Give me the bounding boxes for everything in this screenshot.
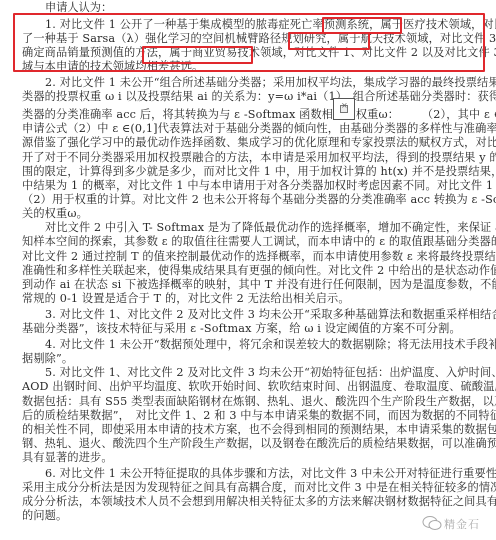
text-line: AOD 出钢时间、出炉平均温度、软吹开始时间、软吹结束时间、出钢温度、卷取温度、… bbox=[22, 380, 474, 394]
text-line: 钢、热轧、退火、酸洗四个生产阶段生产数据，以及钢卷在酸洗后的质检结果数据，可以准… bbox=[22, 437, 474, 451]
text-line: 成分分析法，本领域技术人员不会想到用解决相关特征太多的方法来解决钢材数据特征之间… bbox=[22, 495, 474, 509]
document-page: 申请人认为： 1. 对比文件 1 公开了一种基于集成模型的脓毒症死亡率预测系统，… bbox=[0, 0, 496, 540]
text-line: 源借鉴了强化学习中的最优动作选择函数、集成学习的优化原理和专家投票法的赋权方式，… bbox=[22, 136, 474, 150]
watermark: 精金石 bbox=[420, 513, 496, 535]
text-line: 数据包括：具有 S55 类型表面缺陷钢材在炼钢、热轧、退火、酸洗四个生产阶段生产… bbox=[22, 395, 474, 409]
text-line: 关的权重ω。 bbox=[22, 207, 474, 221]
text-line: （2）用于权重的计算。对比文件 2 也未公开将每个基础分类器的分类准确率 acc… bbox=[22, 193, 474, 207]
text-line: 类器的分类准确率 acc 后，将其转换为与 ε -Softmax 函数相关的权重… bbox=[22, 108, 474, 122]
text-line: 围的限定，计算得到多少就是多少，而对比文件 1 中，用于加权计算的 ht(x) … bbox=[22, 165, 474, 179]
text-line: 常规的 0-1 设置是适合于 T 的，对比文件 2 无法给出相关启示。 bbox=[22, 292, 474, 306]
text-line: 6. 对比文件 1 未公开特征提取的具体步骤和方法，对比文件 3 中未公开对特征… bbox=[45, 467, 474, 481]
text-line: 申请公式（2）中 ε ∈(0,1]代表算法对于基础分类器的倾向性，由基础分类器的… bbox=[22, 122, 474, 136]
text-line: 据剔除”。 bbox=[22, 352, 474, 366]
text-line: 3. 对比文件 1、对比文件 2 及对比文件 3 均未公开“采取多种基础算法和数… bbox=[45, 308, 474, 322]
text-line: 中结果为 1 的概率，对比文件 1 中与本申请用于对各分类器加权时考虑因素不同。… bbox=[22, 179, 474, 193]
text-line: 开了对于不同分类器采用加权投票融合的方法，本申请是采用加权平均法，得到的投票结果… bbox=[22, 151, 474, 165]
highlight-box bbox=[288, 32, 370, 50]
text-line: 的相关性不同，即使采用本申请的技术方案，也不会得到相同的预测结果，本申请采集的数… bbox=[22, 423, 474, 437]
broken-image-icon bbox=[333, 98, 355, 120]
text-line: 对比文件 2 通过控制 T 的值来控制最优动作的选择概率，而本申请使用参数 ε … bbox=[22, 250, 474, 264]
text-line: 基础分类器”，该技术特征与采用 ε -Softmax 方案，给 ω i 设定阈值… bbox=[22, 322, 474, 336]
text-line: 具有显著的进步。 bbox=[22, 451, 474, 465]
text-line: 类器的投票权重 ω i 以及投票结果 ai 的关系为：y=ω i*ai（1），组… bbox=[22, 90, 474, 104]
text-line: 采用主成分分析法是因为发现特征之间具有高耦合度，而对比文件 3 中是在相关特征较… bbox=[22, 481, 474, 495]
text-line: 到动作 ai 在状态 si 下被选择概率的映射，其中 T 并没有进行任何限制，因… bbox=[22, 278, 474, 292]
text-line: 对比文件 2 中引入 T- Softmax 是为了降低最优动作的选择概率，增加不… bbox=[45, 221, 474, 235]
text-line: 知样本空间的探索，其参数 ε 的取值往往需要人工调试，而本申请中的 ε 的取值跟… bbox=[22, 235, 474, 249]
highlight-box bbox=[142, 46, 253, 64]
text-line: 准确性和多样性关联起来，使得集成结果具有更强的倾向性。对比文件 2 中给出的是状… bbox=[22, 264, 474, 278]
wechat-icon bbox=[422, 515, 442, 531]
text-line: 的问题。 bbox=[22, 509, 474, 523]
text-line: 5. 对比文件 1、对比文件 2 及对比文件 3 均未公开“初始特征包括：出炉温… bbox=[45, 366, 474, 380]
watermark-text: 精金石 bbox=[444, 516, 480, 532]
text-line: 2. 对比文件 1 未公开“组合所述基础分类器；采用加权平均法，集成学习器的最终… bbox=[45, 76, 474, 90]
text-line: 4. 对比文件 1 未公开“数据预处理中，将冗余和误差较大的数据剔除；将无法用技… bbox=[45, 338, 474, 352]
text-line: 后的质检结果数据”， 对比文件 1、2 和 3 中与本申请采集的数据不同，而因为… bbox=[22, 409, 474, 423]
